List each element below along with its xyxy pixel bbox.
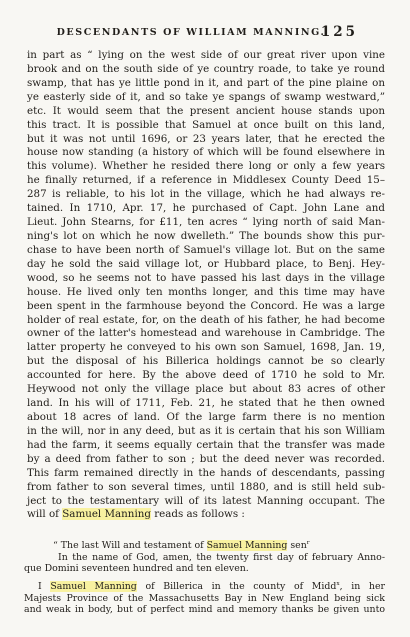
text-line: in the will, nor in any deed, but as it … — [27, 425, 385, 439]
text-segment: reads as follows : — [151, 508, 245, 520]
text-line: this tract. It is possible that Samuel a… — [27, 119, 385, 133]
text-line: brook and on the south side of ye countr… — [27, 63, 385, 77]
text-segment: 287 is reliable, to his lot in the villa… — [27, 188, 385, 200]
text-line: he finally returned, if a reference in M… — [27, 174, 385, 188]
text-segment: house. He lived only ten months longer, … — [27, 286, 385, 298]
text-segment: accounted for here. By the above deed of… — [27, 369, 385, 381]
text-segment: I — [38, 581, 50, 592]
text-segment: in part as “ lying on the west side of o… — [27, 49, 385, 61]
text-line: ning's lot on which he now dwelleth.” Th… — [27, 230, 385, 244]
text-segment: r — [307, 540, 310, 546]
text-line: This farm remained directly in the hands… — [27, 467, 385, 481]
text-segment: and weak in body, but of perfect mind an… — [24, 604, 385, 615]
text-line: and weak in body, but of perfect mind an… — [24, 604, 385, 616]
text-segment: wood, so he seems not to have passed his… — [27, 272, 385, 284]
text-line: ye easterly side of it, and so take ye s… — [27, 91, 385, 105]
text-line: que Domini seventeen hundred and ten ele… — [24, 563, 385, 575]
text-line: in part as “ lying on the west side of o… — [27, 49, 385, 63]
text-line: Lieut. John Stearns, for £11, ten acres … — [27, 216, 385, 230]
text-segment: but the disposal of his Billerica holdin… — [27, 355, 385, 367]
text-segment: Heywood not only the village place but a… — [27, 383, 385, 395]
text-line: In the name of God, amen, the twenty fir… — [24, 552, 385, 564]
main-paragraph-text: in part as “ lying on the west side of o… — [27, 49, 385, 522]
text-line: “ The last Will and testament of Samuel … — [24, 538, 385, 552]
text-segment: from father to son several times, until … — [27, 481, 385, 493]
text-line: been spent in the farmhouse beyond the C… — [27, 300, 385, 314]
text-segment: by a deed from father to son ; but the d… — [27, 453, 385, 465]
text-line: etc. It would seem that the present anci… — [27, 105, 385, 119]
running-head-title: DESCENDANTS OF WILLIAM MANNING. — [57, 27, 326, 38]
text-segment: etc. It would seem that the present anci… — [27, 105, 385, 117]
text-segment: he finally returned, if a reference in M… — [27, 174, 385, 186]
text-line: I Samuel Manning of Billerica in the cou… — [24, 579, 385, 593]
text-segment: but it was not until 1696, or 23 years l… — [27, 133, 385, 145]
text-segment: swamp, that has ye little pond in it, an… — [27, 77, 385, 89]
text-segment: land. In his will of 1711, Feb. 21, he s… — [27, 397, 385, 409]
text-segment: this tract. It is possible that Samuel a… — [27, 119, 385, 131]
scanned-book-page: DESCENDANTS OF WILLIAM MANNING. 125 in p… — [0, 0, 410, 637]
text-line: this volume). Whether he resided there l… — [27, 160, 385, 174]
text-segment: In the name of God, amen, the twenty fir… — [58, 552, 385, 563]
text-line: house now standing (a history of which w… — [27, 146, 385, 160]
text-line: chase to have been north of Samuel's vil… — [27, 244, 385, 258]
text-segment: Majests Province of the Massachusetts Ba… — [24, 593, 385, 604]
text-line: by a deed from father to son ; but the d… — [27, 453, 385, 467]
highlighted-name-samuel-manning: Samuel Manning — [62, 508, 151, 520]
text-line: had the farm, it seems equally certain t… — [27, 439, 385, 453]
text-line: tained. In 1710, Apr. 17, he purchased o… — [27, 202, 385, 216]
text-line: Majests Province of the Massachusetts Ba… — [24, 593, 385, 605]
highlighted-name-samuel-manning: Samuel Manning — [50, 581, 136, 592]
text-line: latter property he conveyed to his own s… — [27, 341, 385, 355]
text-line: ject to the testamentary will of its lat… — [27, 495, 385, 509]
text-segment: owner of the latter's homestead and ware… — [27, 327, 385, 339]
text-segment: ject to the testamentary will of its lat… — [27, 495, 385, 507]
text-line: Heywood not only the village place but a… — [27, 383, 385, 397]
text-segment: This farm remained directly in the hands… — [27, 467, 385, 479]
text-segment: of Billerica in the county of Midd — [137, 581, 337, 592]
text-line: day he sold the said village lot, or Hub… — [27, 258, 385, 272]
text-segment: in the will, nor in any deed, but as it … — [27, 425, 385, 437]
text-line: owner of the latter's homestead and ware… — [27, 327, 385, 341]
text-line: holder of real estate, for, on the death… — [27, 314, 385, 328]
text-segment: tained. In 1710, Apr. 17, he purchased o… — [27, 202, 385, 214]
page-number: 125 — [321, 24, 358, 40]
text-line: accounted for here. By the above deed of… — [27, 369, 385, 383]
text-line: but the disposal of his Billerica holdin… — [27, 355, 385, 369]
text-segment: been spent in the farmhouse beyond the C… — [27, 300, 385, 312]
text-line: wood, so he seems not to have passed his… — [27, 272, 385, 286]
page-header: DESCENDANTS OF WILLIAM MANNING. 125 — [0, 27, 410, 43]
text-line: swamp, that has ye little pond in it, an… — [27, 77, 385, 91]
text-line: about 18 acres of land. Of the large far… — [27, 411, 385, 425]
text-line: house. He lived only ten months longer, … — [27, 286, 385, 300]
text-line: 287 is reliable, to his lot in the villa… — [27, 188, 385, 202]
text-segment: ye easterly side of it, and so take ye s… — [27, 91, 385, 103]
text-segment: had the farm, it seems equally certain t… — [27, 439, 385, 451]
text-line: but it was not until 1696, or 23 years l… — [27, 133, 385, 147]
text-segment: about 18 acres of land. Of the large far… — [27, 411, 385, 423]
text-segment: latter property he conveyed to his own s… — [27, 341, 385, 353]
text-segment: ning's lot on which he now dwelleth.” Th… — [27, 230, 385, 242]
text-segment: chase to have been north of Samuel's vil… — [27, 244, 385, 256]
will-transcription-text: “ The last Will and testament of Samuel … — [24, 538, 385, 616]
text-line: land. In his will of 1711, Feb. 21, he s… — [27, 397, 385, 411]
highlighted-name-samuel-manning: Samuel Manning — [207, 540, 288, 551]
text-segment: this volume). Whether he resided there l… — [27, 160, 385, 172]
text-line: will of Samuel Manning reads as follows … — [27, 508, 385, 522]
text-segment: brook and on the south side of ye countr… — [27, 63, 385, 75]
text-segment: sen — [287, 540, 306, 551]
text-segment: holder of real estate, for, on the death… — [27, 314, 385, 326]
text-segment: Lieut. John Stearns, for £11, ten acres … — [27, 216, 385, 228]
text-segment: “ The last Will and testament of — [53, 540, 207, 551]
text-segment: , in her — [340, 581, 385, 592]
text-segment: que Domini seventeen hundred and ten ele… — [24, 563, 249, 574]
text-line: from father to son several times, until … — [27, 481, 385, 495]
text-segment: day he sold the said village lot, or Hub… — [27, 258, 385, 270]
text-segment: house now standing (a history of which w… — [27, 146, 385, 158]
text-segment: will of — [27, 508, 62, 520]
